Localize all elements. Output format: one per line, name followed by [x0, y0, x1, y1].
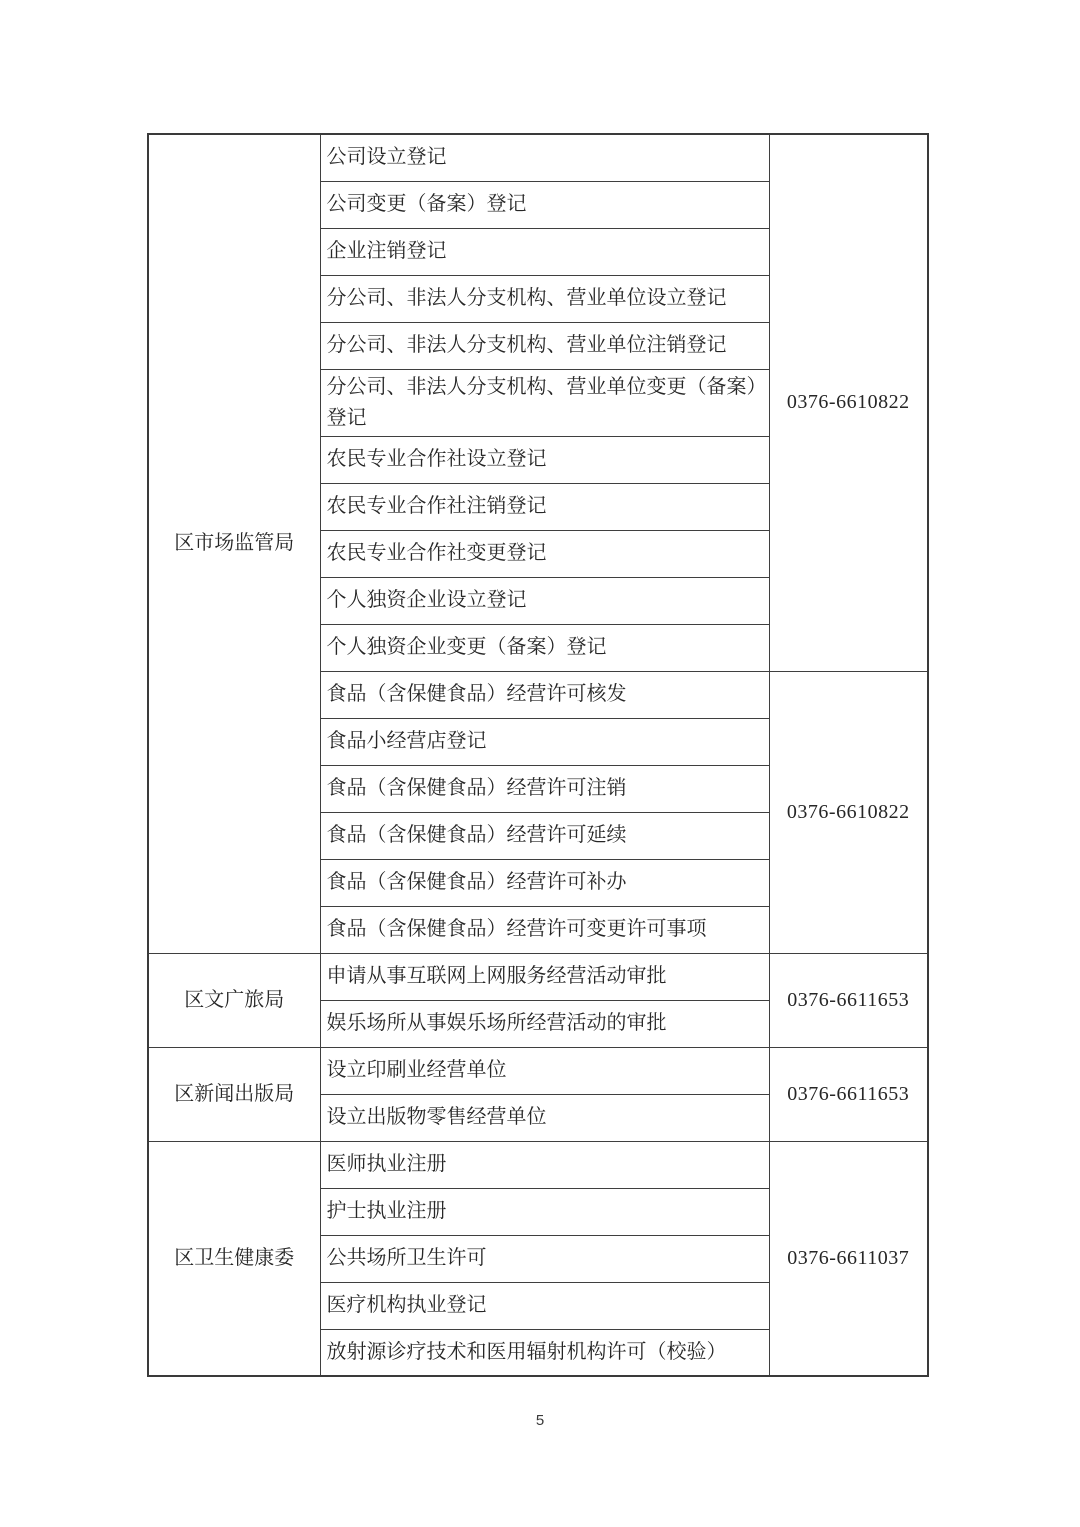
service-item-cell: 农民专业合作社设立登记: [320, 436, 769, 483]
service-item-cell: 食品小经营店登记: [320, 718, 769, 765]
service-item-cell: 食品（含保健食品）经营许可变更许可事项: [320, 906, 769, 953]
phone-cell: 0376-6610822: [769, 134, 928, 671]
service-item-cell: 设立出版物零售经营单位: [320, 1094, 769, 1141]
table-row: 区新闻出版局设立印刷业经营单位0376-6611653: [148, 1047, 928, 1094]
service-item-cell: 公司设立登记: [320, 134, 769, 181]
service-item-cell: 放射源诊疗技术和医用辐射机构许可（校验）: [320, 1329, 769, 1376]
department-cell: 区卫生健康委: [148, 1141, 320, 1376]
service-item-cell: 食品（含保健食品）经营许可核发: [320, 671, 769, 718]
service-item-cell: 护士执业注册: [320, 1188, 769, 1235]
table-row: 区文广旅局申请从事互联网上网服务经营活动审批0376-6611653: [148, 953, 928, 1000]
department-cell: 区市场监管局: [148, 134, 320, 953]
service-table-body: 区市场监管局公司设立登记0376-6610822公司变更（备案）登记企业注销登记…: [148, 134, 928, 1376]
service-item-cell: 食品（含保健食品）经营许可补办: [320, 859, 769, 906]
phone-cell: 0376-6611653: [769, 953, 928, 1047]
service-item-cell: 个人独资企业变更（备案）登记: [320, 624, 769, 671]
service-item-cell: 公共场所卫生许可: [320, 1235, 769, 1282]
service-item-cell: 个人独资企业设立登记: [320, 577, 769, 624]
service-table: 区市场监管局公司设立登记0376-6610822公司变更（备案）登记企业注销登记…: [147, 133, 929, 1377]
service-item-cell: 医疗机构执业登记: [320, 1282, 769, 1329]
table-row: 区市场监管局公司设立登记0376-6610822: [148, 134, 928, 181]
table-row: 区卫生健康委医师执业注册0376-6611037: [148, 1141, 928, 1188]
phone-cell: 0376-6611653: [769, 1047, 928, 1141]
service-item-cell: 企业注销登记: [320, 228, 769, 275]
service-item-cell: 农民专业合作社注销登记: [320, 483, 769, 530]
page-number: 5: [0, 1412, 1080, 1429]
service-item-cell: 分公司、非法人分支机构、营业单位注销登记: [320, 322, 769, 369]
service-item-cell: 农民专业合作社变更登记: [320, 530, 769, 577]
service-item-cell: 分公司、非法人分支机构、营业单位变更（备案）登记: [320, 369, 769, 436]
service-item-cell: 娱乐场所从事娱乐场所经营活动的审批: [320, 1000, 769, 1047]
service-item-cell: 申请从事互联网上网服务经营活动审批: [320, 953, 769, 1000]
phone-cell: 0376-6611037: [769, 1141, 928, 1376]
service-item-cell: 公司变更（备案）登记: [320, 181, 769, 228]
document-page: 区市场监管局公司设立登记0376-6610822公司变更（备案）登记企业注销登记…: [0, 0, 1080, 1527]
service-item-cell: 食品（含保健食品）经营许可延续: [320, 812, 769, 859]
service-item-cell: 医师执业注册: [320, 1141, 769, 1188]
department-cell: 区文广旅局: [148, 953, 320, 1047]
service-item-cell: 设立印刷业经营单位: [320, 1047, 769, 1094]
service-item-cell: 食品（含保健食品）经营许可注销: [320, 765, 769, 812]
service-item-cell: 分公司、非法人分支机构、营业单位设立登记: [320, 275, 769, 322]
phone-cell: 0376-6610822: [769, 671, 928, 953]
department-cell: 区新闻出版局: [148, 1047, 320, 1141]
